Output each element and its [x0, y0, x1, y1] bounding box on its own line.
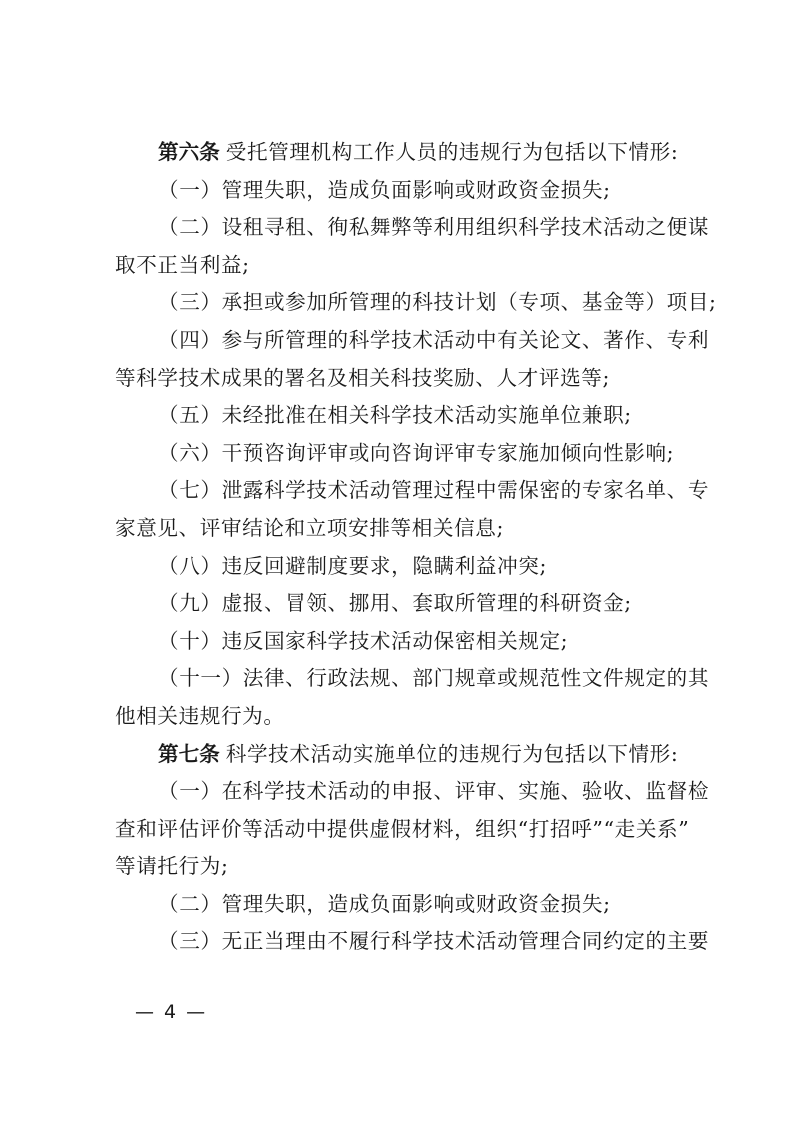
article-number: 第七条 [158, 742, 220, 766]
page-number: — 4 — [135, 1001, 207, 1023]
list-item: （八）违反回避制度要求，隐瞒利益冲突; [115, 548, 689, 586]
article-7-heading: 第七条科学技术活动实施单位的违规行为包括以下情形: [115, 736, 689, 774]
list-item: （九）虚报、冒领、挪用、套取所管理的科研资金; [115, 585, 689, 623]
list-item: （六）干预咨询评审或向咨询评审专家施加倾向性影响; [115, 435, 689, 473]
list-item-continuation: 他相关违规行为。 [115, 698, 689, 736]
list-item: （二）设租寻租、徇私舞弊等利用组织科学技术活动之便谋 [115, 209, 689, 247]
document-body: 第六条受托管理机构工作人员的违规行为包括以下情形: （一）管理失职，造成负面影响… [115, 134, 689, 961]
article-text: 科学技术活动实施单位的违规行为包括以下情形: [226, 742, 679, 766]
list-item-continuation: 查和评估评价等活动中提供虚假材料，组织“打招呼”“走关系” [115, 811, 689, 849]
list-item: （七）泄露科学技术活动管理过程中需保密的专家名单、专 [115, 472, 689, 510]
list-item-continuation: 取不正当利益; [115, 247, 689, 285]
list-item: （五）未经批准在相关科学技术活动实施单位兼职; [115, 397, 689, 435]
list-item: （二）管理失职，造成负面影响或财政资金损失; [115, 886, 689, 924]
list-item: （一）在科学技术活动的申报、评审、实施、验收、监督检 [115, 773, 689, 811]
list-item: （三）无正当理由不履行科学技术活动管理合同约定的主要 [115, 923, 689, 961]
article-text: 受托管理机构工作人员的违规行为包括以下情形: [226, 140, 679, 164]
list-item: （四）参与所管理的科学技术活动中有关论文、著作、专利 [115, 322, 689, 360]
article-6-heading: 第六条受托管理机构工作人员的违规行为包括以下情形: [115, 134, 689, 172]
article-number: 第六条 [158, 140, 220, 164]
list-item-continuation: 等科学技术成果的署名及相关科技奖励、人才评选等; [115, 360, 689, 398]
list-item: （十）违反国家科学技术活动保密相关规定; [115, 623, 689, 661]
list-item: （三）承担或参加所管理的科技计划（专项、基金等）项目; [115, 284, 689, 322]
list-item: （十一）法律、行政法规、部门规章或规范性文件规定的其 [115, 660, 689, 698]
list-item-continuation: 等请托行为; [115, 848, 689, 886]
list-item-continuation: 家意见、评审结论和立项安排等相关信息; [115, 510, 689, 548]
list-item: （一）管理失职，造成负面影响或财政资金损失; [115, 172, 689, 210]
